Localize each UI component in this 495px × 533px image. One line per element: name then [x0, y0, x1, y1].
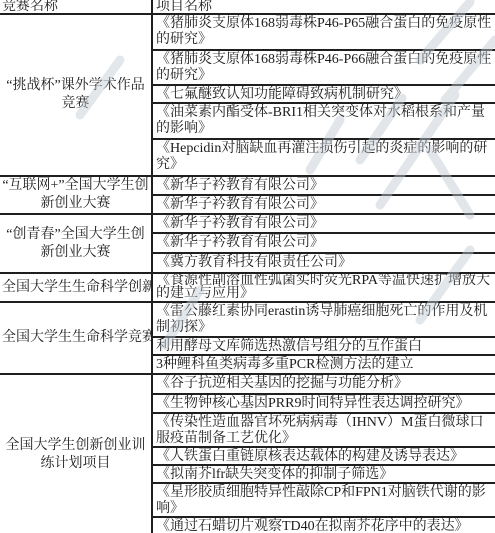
project-cell: 《谷子抗逆相关基因的挖掘与功能分析》 — [153, 375, 495, 395]
project-cell: 《雷公藤红素协同erastin诱导肺癌细胞死亡的作用及机制初探》 — [153, 303, 495, 338]
table-group-life-science-innovation: 全国大学生生命科学创新 《食源性副溶血性弧菌实时荧光RPA等温快速扩增放大的建立… — [0, 274, 495, 303]
project-cell: 《新华子衿教育有限公司》 — [153, 215, 495, 234]
project-cell: 《油菜素内酯受体-BRI1相关突变体对水稻根系和产量的影响》 — [153, 104, 495, 140]
project-cell: 《拟南芥lfr缺失突变体的抑制子筛选》 — [153, 466, 495, 484]
table-group-internet-plus: “互联网+”全国大学生创新创业大赛 《新华子衿教育有限公司》 《新华子衿教育有限… — [0, 177, 495, 215]
competition-cell: “互联网+”全国大学生创新创业大赛 — [0, 177, 153, 213]
project-cell: 《星形胶质细胞特异性敲除CP和FPN1对脑铁代谢的影响》 — [153, 484, 495, 518]
document-page: 竞赛名称 项目名称 “挑战杯”课外学术作品竞赛 《猪肺炎支原体168弱毒株P46… — [0, 0, 495, 533]
header-competition-name: 竞赛名称 — [0, 0, 153, 13]
project-cell: 利用酵母文库筛选热激信号组分的互作蛋白 — [153, 338, 495, 356]
competition-cell: “创青春”全国大学生创新创业大赛 — [0, 215, 153, 272]
header-project-name: 项目名称 — [153, 0, 495, 13]
project-cell: 《猪肺炎支原体168弱毒株P46-P65融合蛋白的免疫原性的研究》 — [153, 15, 495, 51]
project-cell: 《传染性造血器官坏死病病毒（IHNV）M蛋白微球口服疫苗制备工艺优化》 — [153, 414, 495, 448]
project-cell: 《七氟醚致认知功能障碍致病机制研究》 — [153, 86, 495, 104]
project-cell: 《生物钟核心基因PRR9时间特异性表达调控研究》 — [153, 395, 495, 414]
project-cell: 《新华子衿教育有限公司》 — [153, 196, 495, 213]
competition-cell: 全国大学生创新创业训练计划项目 — [0, 375, 153, 533]
table-group-life-science-contest: 全国大学生生命科学竞赛 《雷公藤红素协同erastin诱导肺癌细胞死亡的作用及机… — [0, 303, 495, 375]
competition-cell: “挑战杯”课外学术作品竞赛 — [0, 15, 153, 175]
project-cell: 《新华子衿教育有限公司》 — [153, 234, 495, 254]
table-group-challenge-cup: “挑战杯”课外学术作品竞赛 《猪肺炎支原体168弱毒株P46-P65融合蛋白的免… — [0, 15, 495, 177]
table-group-innovation-training: 全国大学生创新创业训练计划项目 《谷子抗逆相关基因的挖掘与功能分析》 《生物钟核… — [0, 375, 495, 533]
table-header-row: 竞赛名称 项目名称 — [0, 0, 495, 15]
competition-cell: 全国大学生生命科学创新 — [0, 274, 153, 301]
project-cell: 《通过石蜡切片观察TD40在拟南芥花序中的表达》 — [153, 518, 495, 533]
table-group-chuangqingchun: “创青春”全国大学生创新创业大赛 《新华子衿教育有限公司》 《新华子衿教育有限公… — [0, 215, 495, 274]
project-table: 竞赛名称 项目名称 “挑战杯”课外学术作品竞赛 《猪肺炎支原体168弱毒株P46… — [0, 0, 495, 533]
project-cell: 《人铁蛋白重链原核表达载体的构建及诱导表达》 — [153, 448, 495, 466]
project-cell: 《Hepcidin对脑缺血再灌注损伤引起的炎症的影响的研究》 — [153, 140, 495, 175]
project-cell: 《猪肺炎支原体168弱毒株P46-P66融合蛋白的免疫原性的研究》 — [153, 51, 495, 86]
project-cell: 3种鲤科鱼类病毒多重PCR检测方法的建立 — [153, 356, 495, 373]
project-cell: 《食源性副溶血性弧菌实时荧光RPA等温快速扩增放大的建立与应用》 — [153, 274, 495, 301]
project-cell: 《冀方教育科技有限责任公司》 — [153, 254, 495, 272]
competition-cell: 全国大学生生命科学竞赛 — [0, 303, 153, 373]
project-cell: 《新华子衿教育有限公司》 — [153, 177, 495, 196]
